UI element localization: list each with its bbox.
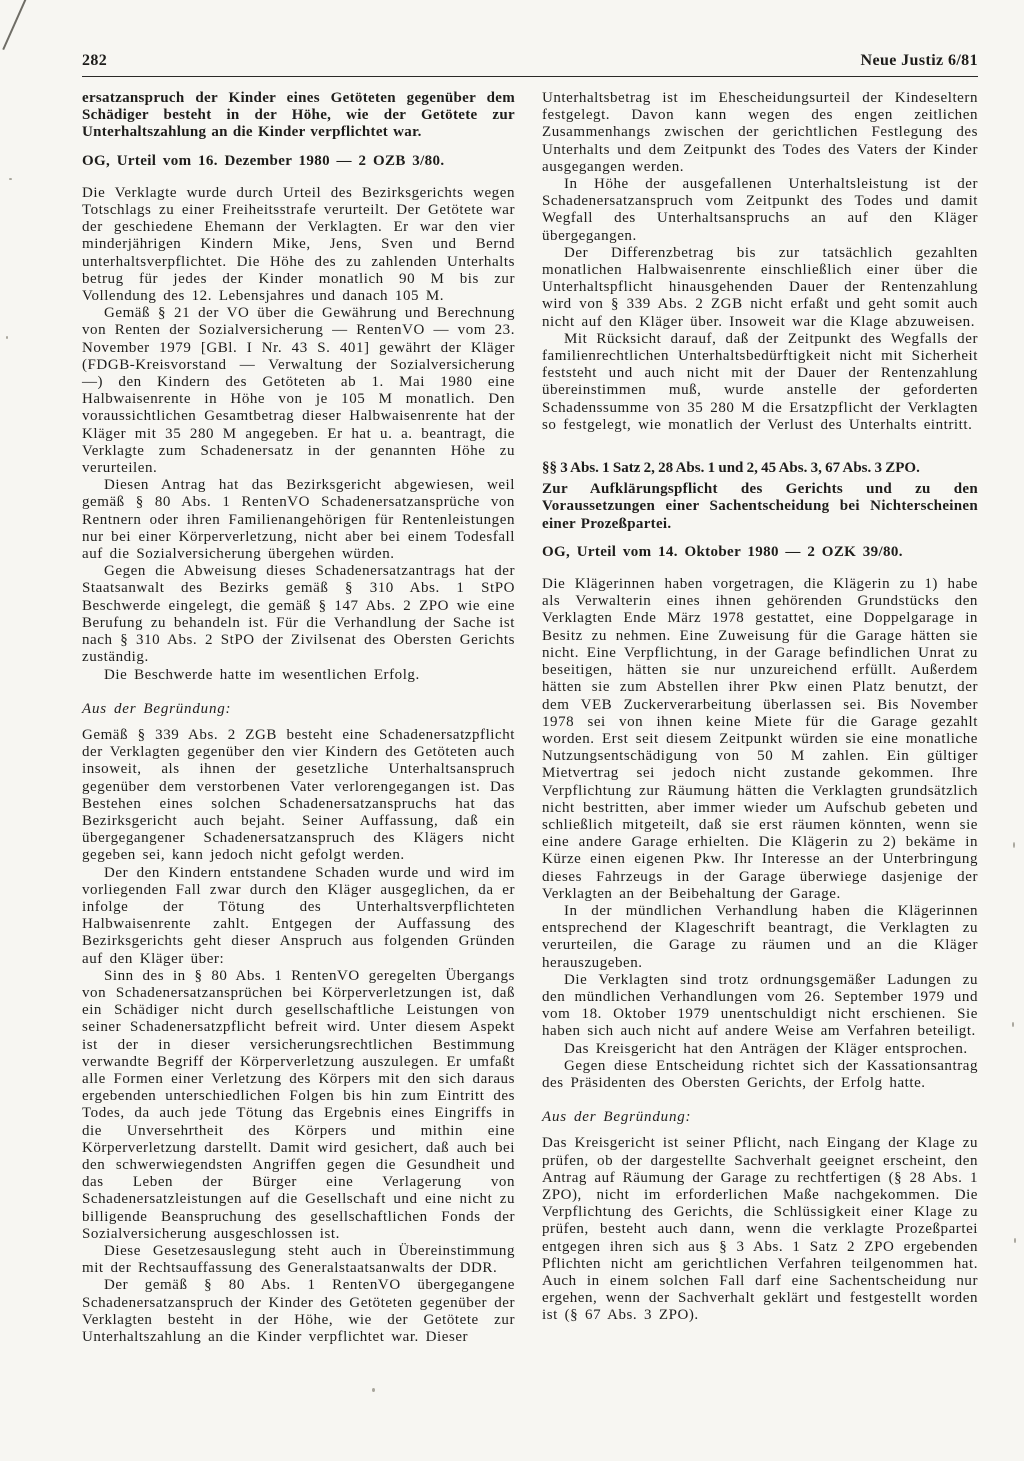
paragraph: Gemäß § 339 Abs. 2 ZGB besteht eine Scha… [82,727,515,865]
scan-artifact [372,1388,375,1392]
paragraph: Unterhaltsbetrag ist im Ehescheidungsurt… [542,90,978,176]
reasons-heading: Aus der Begründung: [82,701,515,718]
paragraph: Die Verklagte wurde durch Urteil des Bez… [82,185,515,305]
journal-title: Neue Justiz 6/81 [860,52,978,70]
paragraph: Das Kreisgericht ist seiner Pflicht, nac… [542,1135,978,1324]
case-reference: OG, Urteil vom 14. Oktober 1980 — 2 OZK … [542,544,978,561]
scan-artifact [9,178,12,180]
right-column: Unterhaltsbetrag ist im Ehescheidungsurt… [542,90,978,1346]
paragraph: Die Beschwerde hatte im wesentlichen Erf… [82,667,515,684]
page-number: 282 [82,52,107,70]
scan-artifact [1012,1022,1014,1027]
headnote: Zur Aufklärungspflicht des Gerichts und … [542,481,978,533]
scan-artifact [1014,1238,1016,1243]
journal-page: 282 Neue Justiz 6/81 ersatzanspruch der … [0,0,1024,1461]
paragraph: Die Klägerinnen haben vorgetragen, die K… [542,576,978,903]
text-columns: ersatzanspruch der Kinder eines Getötete… [82,90,978,1346]
paragraph: In Höhe der ausgefallenen Unterhaltsleis… [542,176,978,245]
scan-artifact [6,336,8,339]
reasons-heading: Aus der Begründung: [542,1109,978,1126]
paragraph: Der Differenzbetrag bis zur tatsächlich … [542,245,978,331]
case-reference: OG, Urteil vom 16. Dezember 1980 — 2 OZB… [82,153,515,170]
paragraph: Gemäß § 21 der VO über die Gewährung und… [82,305,515,477]
paragraph: Sinn des in § 80 Abs. 1 RentenVO geregel… [82,968,515,1243]
paragraph: Die Verklagten sind trotz ordnungsgemäße… [542,972,978,1041]
headnote-continuation: ersatzanspruch der Kinder eines Getötete… [82,90,515,142]
paragraph: Diesen Antrag hat das Bezirksgericht abg… [82,477,515,563]
paragraph: Gegen die Abweisung dieses Schadenersatz… [82,563,515,666]
paragraph: Mit Rücksicht darauf, daß der Zeitpunkt … [542,331,978,434]
scan-artifact [1013,842,1015,848]
paragraph: In der mündlichen Verhandlung haben die … [542,903,978,972]
paragraph: Diese Gesetzesauslegung steht auch in Üb… [82,1243,515,1277]
paragraph: Gegen diese Entscheidung richtet sich de… [542,1058,978,1092]
paragraph: Das Kreisgericht hat den Anträgen der Kl… [542,1041,978,1058]
paragraph: Der gemäß § 80 Abs. 1 RentenVO übergegan… [82,1277,515,1346]
running-head: 282 Neue Justiz 6/81 [82,52,978,76]
paragraph: Der den Kindern entstandene Schaden wurd… [82,865,515,968]
statute-heading: §§ 3 Abs. 1 Satz 2, 28 Abs. 1 und 2, 45 … [542,460,978,477]
left-column: ersatzanspruch der Kinder eines Getötete… [82,90,515,1346]
scan-artifact [2,0,27,50]
header-rule [82,76,978,77]
